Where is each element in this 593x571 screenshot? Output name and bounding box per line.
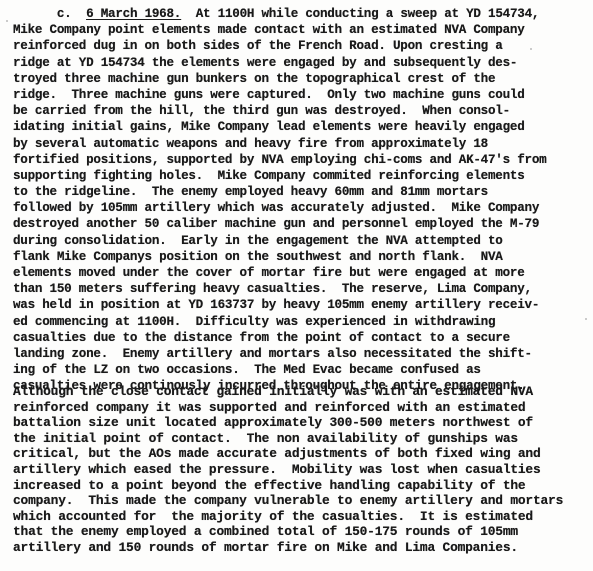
paper-speck: [530, 48, 532, 50]
paragraph-c: c. 6 March 1968. At 1100H while conducti…: [13, 6, 546, 395]
text-line: during consolidation. Early in the engag…: [13, 233, 546, 249]
text-line: was held in position at YD 163737 by hea…: [13, 297, 546, 313]
text-line: fortified positions, supported by NVA em…: [13, 152, 546, 168]
paper-speck: [585, 318, 587, 320]
text-line: by several automatic weapons and heavy f…: [13, 136, 546, 152]
text-line: the initial point of contact. The non av…: [13, 431, 563, 447]
text-line: than 150 meters suffering heavy casualti…: [13, 281, 546, 297]
text-line: ridge. Three machine guns were captured.…: [13, 87, 546, 103]
text-line: landing zone. Enemy artillery and mortar…: [13, 346, 546, 362]
text-line: artillery which eased the pressure. Mobi…: [13, 462, 563, 478]
text-line: idating initial gains, Mike Company lead…: [13, 119, 546, 135]
text-line: increased to a point beyond the effectiv…: [13, 478, 563, 494]
text-line: that the enemy employed a combined total…: [13, 524, 563, 540]
text-line: critical, but the AOs made accurate adju…: [13, 446, 563, 462]
text-line: be carried from the hill, the third gun …: [13, 103, 546, 119]
text-line: Mike Company point elements made contact…: [13, 22, 546, 38]
text-line: reinforced dug in on both sides of the F…: [13, 38, 546, 54]
text-line: flank Mike Companys position on the sout…: [13, 249, 546, 265]
paper-speck: [6, 20, 8, 22]
text-line: At 1100H while conducting a sweep at YD …: [196, 7, 539, 21]
text-line: artillery and 150 rounds of mortar fire …: [13, 540, 563, 556]
text-line: Although the close contact gained initia…: [13, 384, 563, 400]
text-line: which accounted for the majority of the …: [13, 509, 563, 525]
text-line: to the ridgeline. The enemy employed hea…: [13, 184, 546, 200]
text-line: supporting fighting holes. Mike Company …: [13, 168, 546, 184]
text-line: company. This made the company vulnerabl…: [13, 493, 563, 509]
text-line: reinforced company it was supported and …: [13, 400, 563, 416]
text-line: casualties due to the distance from the …: [13, 330, 546, 346]
text-line: ing of the LZ on two occasions. The Med …: [13, 362, 546, 378]
text-line: battalion size unit located approximatel…: [13, 415, 563, 431]
text-line: elements moved under the cover of mortar…: [13, 265, 546, 281]
text-line: followed by 105mm artillery which was ac…: [13, 200, 546, 216]
paragraph-c-first-line: c. 6 March 1968. At 1100H while conducti…: [13, 6, 546, 22]
text-line: destroyed another 50 caliber machine gun…: [13, 216, 546, 232]
text-line: ed commencing at 1100H. Difficulty was e…: [13, 314, 546, 330]
paragraph-marker: c.: [57, 7, 72, 21]
typewritten-document-page: c. 6 March 1968. At 1100H while conducti…: [0, 0, 593, 571]
date-heading: 6 March 1968.: [86, 7, 181, 21]
text-line: troyed three machine gun bunkers on the …: [13, 71, 546, 87]
text-line: ridge at YD 154734 the elements were eng…: [13, 55, 546, 71]
paragraph-assessment: Although the close contact gained initia…: [13, 384, 563, 556]
